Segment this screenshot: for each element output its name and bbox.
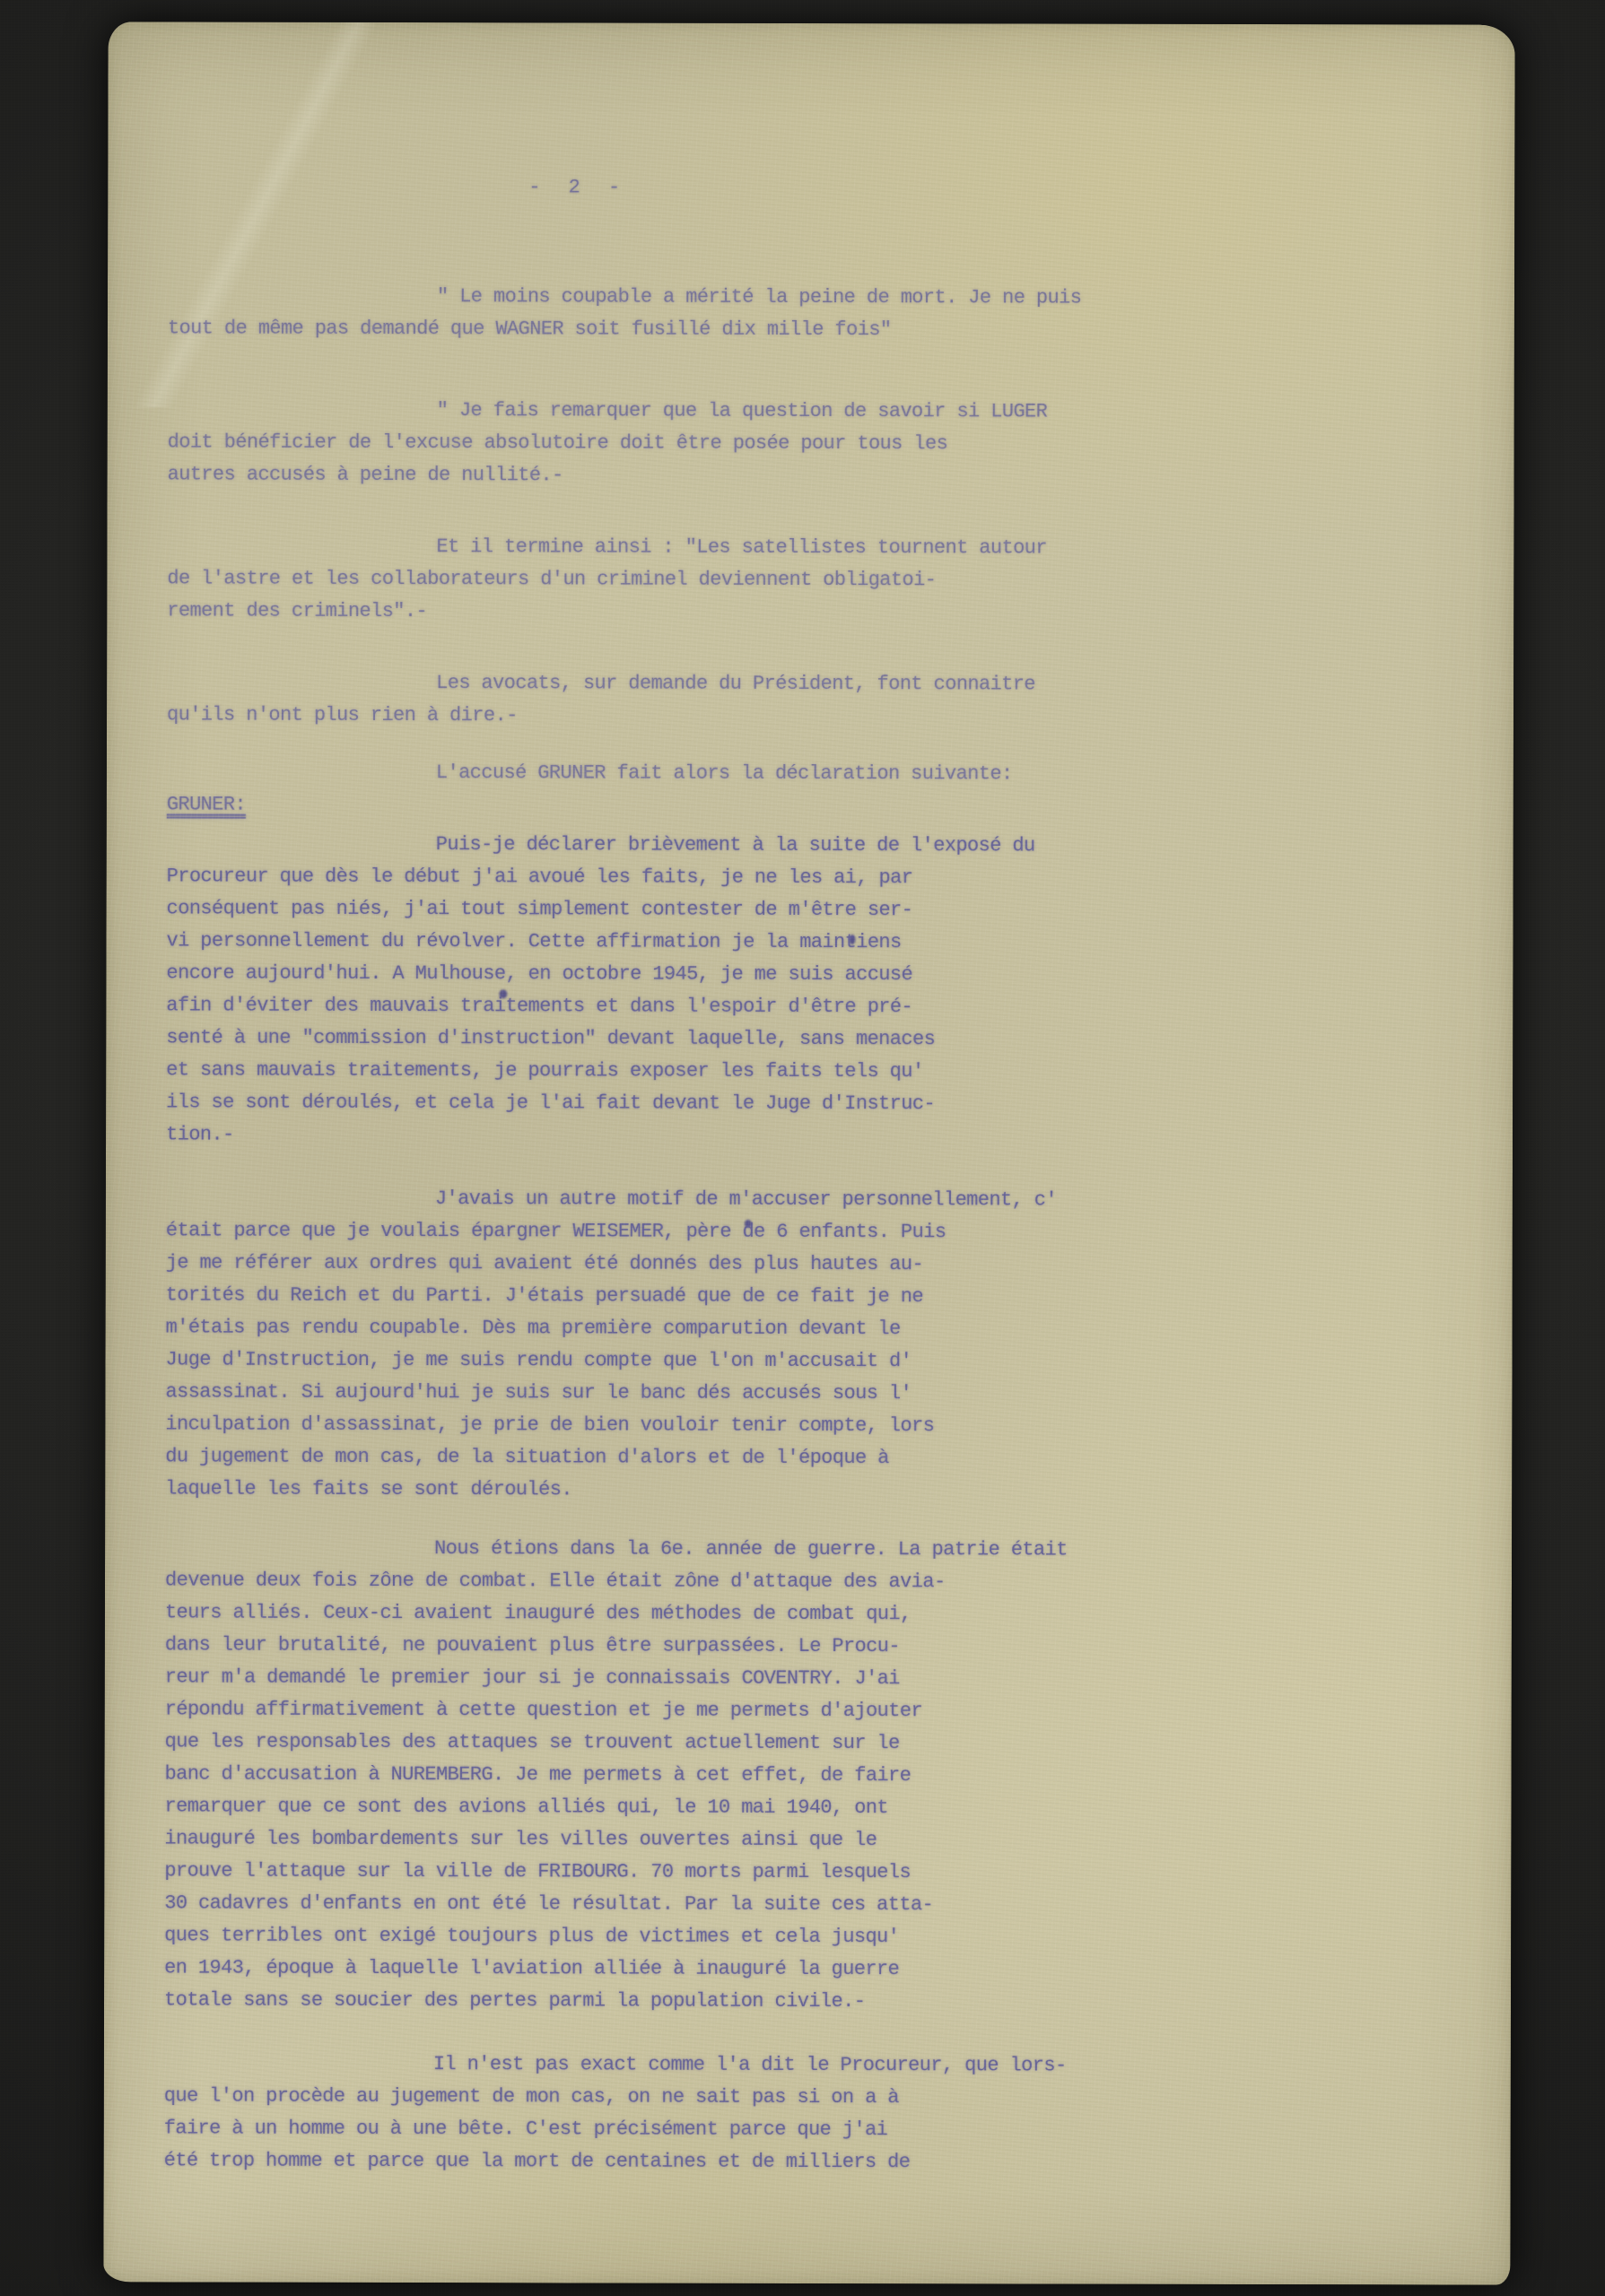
paragraph-quote-satellites: Et il termine ainsi : "Les satellistes t… (167, 530, 1028, 629)
page-number: - 2 - (528, 171, 1029, 204)
paragraph-quote-excuse-absolutoire: " Je fais remarquer que la question de s… (168, 395, 1029, 493)
paragraph-quote-death-penalty: " Le moins coupable a mérité la peine de… (168, 281, 1029, 347)
speaker-label-line: GRUNER: (167, 788, 1028, 822)
scanned-page: - 2 - " Le moins coupable a mérité la pe… (103, 22, 1514, 2284)
paragraph-accuse-declaration: L'accusé GRUNER fait alors la déclaratio… (167, 756, 1028, 790)
typewritten-text: - 2 - " Le moins coupable a mérité la pe… (164, 171, 1030, 2179)
paragraph-statement-confession: Puis-je déclarer brièvement à la suite d… (166, 828, 1028, 1152)
paragraph-statement-procureur: Il n'est pas exact comme l'a dit le Proc… (164, 2048, 1025, 2179)
paragraph-statement-guerre: Nous étions dans la 6e. année de guerre.… (164, 1532, 1026, 2018)
paragraph-statement-motif: J'avais un autre motif de m'accuser pers… (165, 1182, 1027, 1507)
paragraph-avocats: Les avocats, sur demande du Président, f… (167, 666, 1028, 733)
speaker-label: GRUNER: (167, 793, 246, 815)
